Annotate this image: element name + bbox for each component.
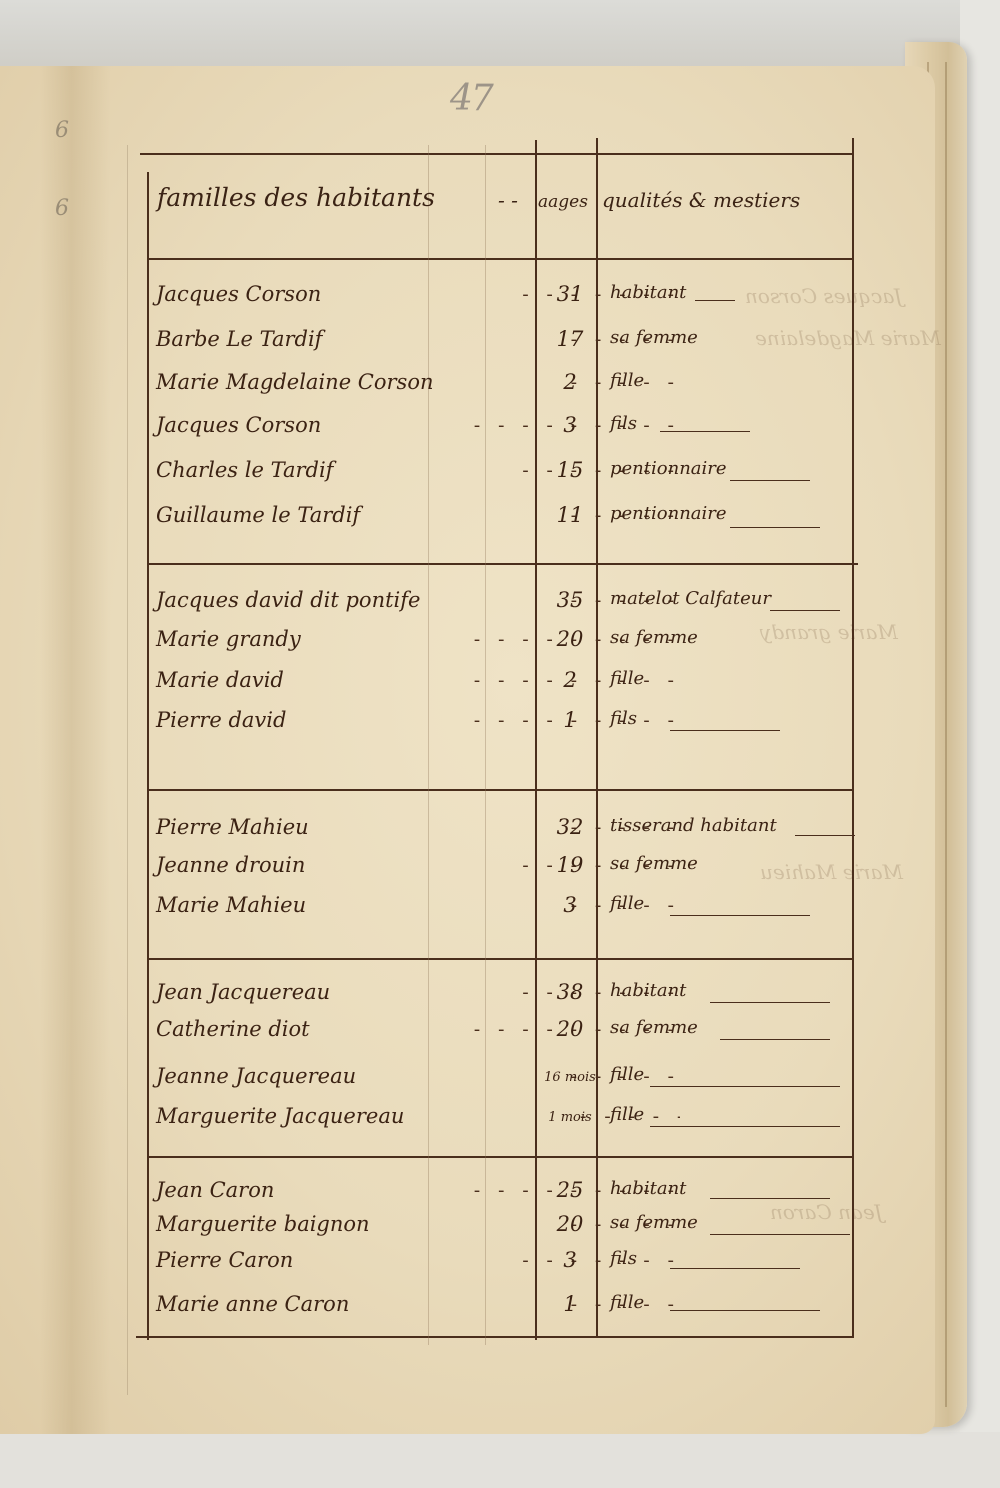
flourish-line (770, 610, 840, 611)
person-age: 2 (538, 370, 602, 394)
person-quality: fille (610, 1064, 644, 1085)
rule-family-4 (148, 1156, 854, 1158)
person-name: Marguerite Jacquereau (156, 1104, 404, 1128)
person-quality: habitant (610, 282, 686, 303)
person-age: 38 (538, 980, 602, 1004)
person-quality: fils (610, 413, 637, 434)
person-age: 17 (538, 327, 602, 351)
person-name: Catherine diot (156, 1017, 310, 1041)
person-quality: fils (610, 1248, 637, 1269)
header-dash: - - (498, 188, 518, 212)
flourish-line (730, 527, 820, 528)
table-row: Marguerite Jacquereau - - - - - 1 mois f… (150, 1104, 850, 1144)
person-age: 15 (538, 458, 602, 482)
person-name: Jean Jacquereau (156, 980, 330, 1004)
scan-backdrop-bottom (0, 1432, 1000, 1488)
table-row: Marie grandy - - - - - - - - - 20 sa fem… (150, 627, 850, 667)
person-age: 11 (538, 503, 602, 527)
person-name: Jean Caron (156, 1178, 274, 1202)
flourish-line (670, 730, 780, 731)
flourish-line (720, 1039, 830, 1040)
person-age: 1 (538, 1292, 602, 1316)
person-quality: fille (610, 668, 644, 689)
person-name: Jeanne Jacquereau (156, 1064, 356, 1088)
person-name: Marie Mahieu (156, 893, 306, 917)
person-name: Jeanne drouin (156, 853, 305, 877)
person-age: 3 (538, 413, 602, 437)
person-quality: tisserand habitant (610, 815, 777, 836)
person-name: Marie anne Caron (156, 1292, 349, 1316)
person-age: 25 (538, 1178, 602, 1202)
table-row: Jacques david dit pontife - - - - - 35 m… (150, 588, 850, 628)
margin-mark: 6 (55, 118, 69, 143)
person-quality: sa femme (610, 327, 698, 348)
rule-left (147, 172, 149, 1340)
person-quality: sa femme (610, 1212, 698, 1233)
person-name: Guillaume le Tardif (156, 503, 360, 527)
person-name: Marie grandy (156, 627, 301, 651)
table-row: Catherine diot - - - - - - - - - 20 sa f… (150, 1017, 850, 1057)
table-row: Marie Mahieu - - - - - 3 fille (150, 893, 850, 933)
flourish-line (670, 1310, 820, 1311)
person-age: 20 (538, 1212, 602, 1236)
person-quality: habitant (610, 1178, 686, 1199)
table-row: Jean Jacquereau - - - - - - - 38 habitan… (150, 980, 850, 1020)
table-row: Marie david - - - - - - - - - 2 fille (150, 668, 850, 708)
table-row: Pierre Caron - - - - - - - 3 fils (150, 1248, 850, 1288)
rule-right (852, 138, 854, 1338)
flourish-line (795, 835, 855, 836)
person-age: 31 (538, 282, 602, 306)
rule-family-1 (148, 563, 858, 565)
person-name: Pierre Caron (156, 1248, 293, 1272)
person-quality: habitant (610, 980, 686, 1001)
table-row: Pierre Mahieu - - - - - 32 tisserand hab… (150, 815, 850, 855)
table-row: Charles le Tardif - - - - - - - 15 penti… (150, 458, 850, 498)
person-name: Barbe Le Tardif (156, 327, 322, 351)
person-name: Jacques Corson (156, 413, 321, 437)
person-age: 1 mois (538, 1110, 602, 1125)
person-name: Jacques david dit pontife (156, 588, 420, 612)
header-ages: aages (538, 192, 588, 212)
person-name: Jacques Corson (156, 282, 321, 306)
person-quality: sa femme (610, 1017, 698, 1038)
person-name: Pierre david (156, 708, 286, 732)
person-age: 19 (538, 853, 602, 877)
flourish-line (650, 1086, 840, 1087)
person-age: 32 (538, 815, 602, 839)
table-row: Jeanne drouin - - - - - - - 19 sa femme (150, 853, 850, 893)
person-name: Charles le Tardif (156, 458, 333, 482)
flourish-line (695, 300, 735, 301)
table-row: Jacques Corson - - - - - - - 31 habitant (150, 282, 850, 322)
folio-number: 47 (450, 78, 492, 119)
person-quality: fille (610, 370, 644, 391)
rule-top (140, 153, 854, 155)
person-age: 3 (538, 1248, 602, 1272)
person-quality: fille (610, 893, 644, 914)
person-age: 20 (538, 1017, 602, 1041)
flourish-line (730, 480, 810, 481)
binding-gutter (40, 66, 110, 1434)
person-quality: sa femme (610, 853, 698, 874)
flourish-line (710, 1198, 830, 1199)
table-row: Jeanne Jacquereau - - - - - 16 mois fill… (150, 1064, 850, 1104)
table-row: Marie anne Caron - - - - - 1 fille (150, 1292, 850, 1332)
table-row: Marguerite baignon - - - - - 20 sa femme (150, 1212, 850, 1252)
person-age: 3 (538, 893, 602, 917)
flourish-line (660, 431, 750, 432)
rule-family-3 (148, 958, 854, 960)
table-row: Guillaume le Tardif - - - - - 11 pention… (150, 503, 850, 543)
person-age: 35 (538, 588, 602, 612)
flourish-line (710, 1002, 830, 1003)
person-name: Marguerite baignon (156, 1212, 370, 1236)
person-age: 16 mois (538, 1070, 602, 1085)
flourish-line (710, 1234, 850, 1235)
person-quality: pentionnaire (610, 503, 727, 524)
person-name: Marie david (156, 668, 284, 692)
flourish-line (650, 1126, 840, 1127)
person-age: 20 (538, 627, 602, 651)
table-row: Barbe Le Tardif - - - - - 17 sa femme (150, 327, 850, 367)
rule-bottom (136, 1336, 854, 1338)
rule-family-2 (148, 789, 854, 791)
header-families: familles des habitants (157, 183, 435, 212)
flourish-line (670, 1268, 800, 1269)
person-quality: sa femme (610, 627, 698, 648)
scan-backdrop-top (0, 0, 1000, 70)
table-row: Jacques Corson - - - - - - - - - 3 fils (150, 413, 850, 453)
person-quality: fils (610, 708, 637, 729)
table-row: Pierre david - - - - - - - - - 1 fils (150, 708, 850, 748)
flourish-line (670, 915, 810, 916)
person-quality: fille (610, 1292, 644, 1313)
rule-header-bottom (148, 258, 854, 260)
fold-line (127, 145, 128, 1395)
margin-mark: 6 (55, 196, 69, 221)
person-quality: fille (610, 1104, 644, 1125)
table-row: Marie Magdelaine Corson - - - - - 2 fill… (150, 370, 850, 410)
header-qualities: qualités & mestiers (602, 188, 800, 212)
person-quality: matelot Calfateur (610, 588, 771, 609)
person-quality: pentionnaire (610, 458, 727, 479)
person-name: Pierre Mahieu (156, 815, 309, 839)
person-age: 2 (538, 668, 602, 692)
person-age: 1 (538, 708, 602, 732)
